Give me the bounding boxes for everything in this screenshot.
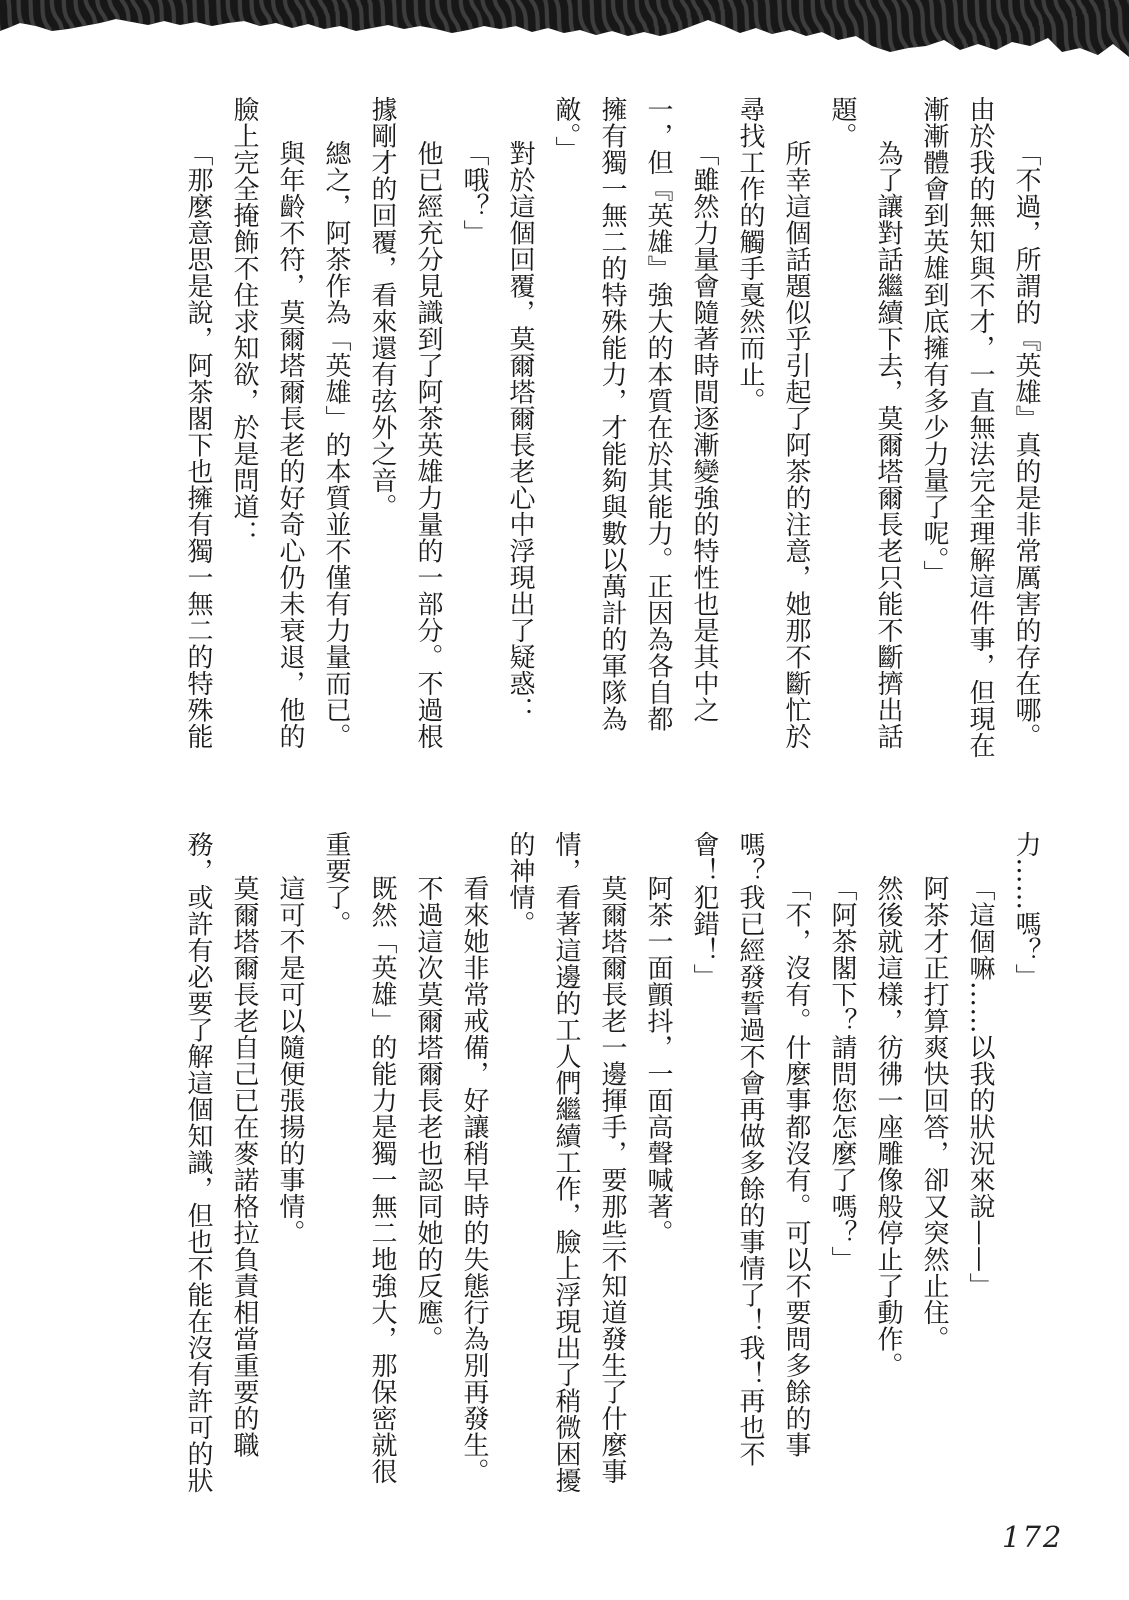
text-column: 所幸這個話題似乎引起了阿茶的注意，她那不斷忙於	[773, 96, 819, 772]
text-column: 「哦？」	[451, 96, 497, 772]
text-column: 題。	[819, 96, 865, 772]
text-column: 與年齡不符，莫爾塔爾長老的好奇心仍未衰退，他的	[267, 96, 313, 772]
text-column: 據剛才的回覆，看來還有弦外之音。	[359, 96, 405, 772]
text-column: 莫爾塔爾長老一邊揮手，要那些不知道發生了什麼事	[589, 831, 635, 1507]
text-column: 總之，阿茶作為「英雄」的本質並不僅有力量而已。	[313, 96, 359, 772]
text-column: 擁有獨一無二的特殊能力，才能夠與數以萬計的軍隊為	[589, 96, 635, 772]
text-column: 阿茶才正打算爽快回答，卻又突然止住。	[911, 831, 957, 1507]
text-column: 「雖然力量會隨著時間逐漸變強的特性也是其中之	[681, 96, 727, 772]
text-column: 他已經充分見識到了阿茶英雄力量的一部分。不過根	[405, 96, 451, 772]
text-column: 「阿茶閣下？請問您怎麼了嗎？」	[819, 831, 865, 1507]
text-column: 力……嗎？」	[1003, 831, 1049, 1507]
text-column: 「那麼意思是說，阿茶閣下也擁有獨一無二的特殊能	[175, 96, 221, 772]
text-column: 一，但『英雄』強大的本質在於其能力。正因為各自都	[635, 96, 681, 772]
text-column: 不過這次莫爾塔爾長老也認同她的反應。	[405, 831, 451, 1507]
text-column: 臉上完全掩飾不住求知欲，於是問道：	[221, 96, 267, 772]
text-column: 這可不是可以隨便張揚的事情。	[267, 831, 313, 1507]
text-column: 然後就這樣，彷彿一座雕像般停止了動作。	[865, 831, 911, 1507]
text-column: 「不過，所謂的『英雄』真的是非常厲害的存在哪。	[1003, 96, 1049, 772]
torn-paper-header	[0, 0, 1129, 62]
text-column: 會！犯錯！」	[681, 831, 727, 1507]
text-column: 看來她非常戒備，好讓稍早時的失態行為別再發生。	[451, 831, 497, 1507]
text-column: 既然「英雄」的能力是獨一無二地強大，那保密就很	[359, 831, 405, 1507]
text-column: 「這個嘛……以我的狀況來說——」	[957, 831, 1003, 1507]
text-column: 為了讓對話繼續下去，莫爾塔爾長老只能不斷擠出話	[865, 96, 911, 772]
text-column: 莫爾塔爾長老自己已在麥諾格拉負責相當重要的職	[221, 831, 267, 1507]
text-column: 務，或許有必要了解這個知識，但也不能在沒有許可的狀	[175, 831, 221, 1507]
torn-paper-grain	[0, 0, 1129, 62]
top-text-block: 「不過，所謂的『英雄』真的是非常厲害的存在哪。由於我的無知與不才，一直無法完全理…	[175, 96, 1049, 772]
bottom-text-block: 力……嗎？」「這個嘛……以我的狀況來說——」阿茶才正打算爽快回答，卻又突然止住。…	[175, 831, 1049, 1507]
text-column: 對於這個回覆，莫爾塔爾長老心中浮現出了疑惑：	[497, 96, 543, 772]
text-column: 的神情。	[497, 831, 543, 1507]
text-column: 情，看著這邊的工人們繼續工作，臉上浮現出了稍微困擾	[543, 831, 589, 1507]
text-column: 敵。」	[543, 96, 589, 772]
text-column: 「不，沒有。什麼事都沒有。可以不要問多餘的事	[773, 831, 819, 1507]
book-page: 「不過，所謂的『英雄』真的是非常厲害的存在哪。由於我的無知與不才，一直無法完全理…	[0, 0, 1129, 1600]
text-column: 由於我的無知與不才，一直無法完全理解這件事，但現在	[957, 96, 1003, 772]
text-column: 阿茶一面顫抖，一面高聲喊著。	[635, 831, 681, 1507]
text-column: 嗎？我已經發誓過不會再做多餘的事情了！我！再也不	[727, 831, 773, 1507]
page-number: 172	[1002, 1520, 1063, 1554]
text-column: 漸漸體會到英雄到底擁有多少力量了呢。」	[911, 96, 957, 772]
text-column: 重要了。	[313, 831, 359, 1507]
text-column: 尋找工作的觸手戛然而止。	[727, 96, 773, 772]
